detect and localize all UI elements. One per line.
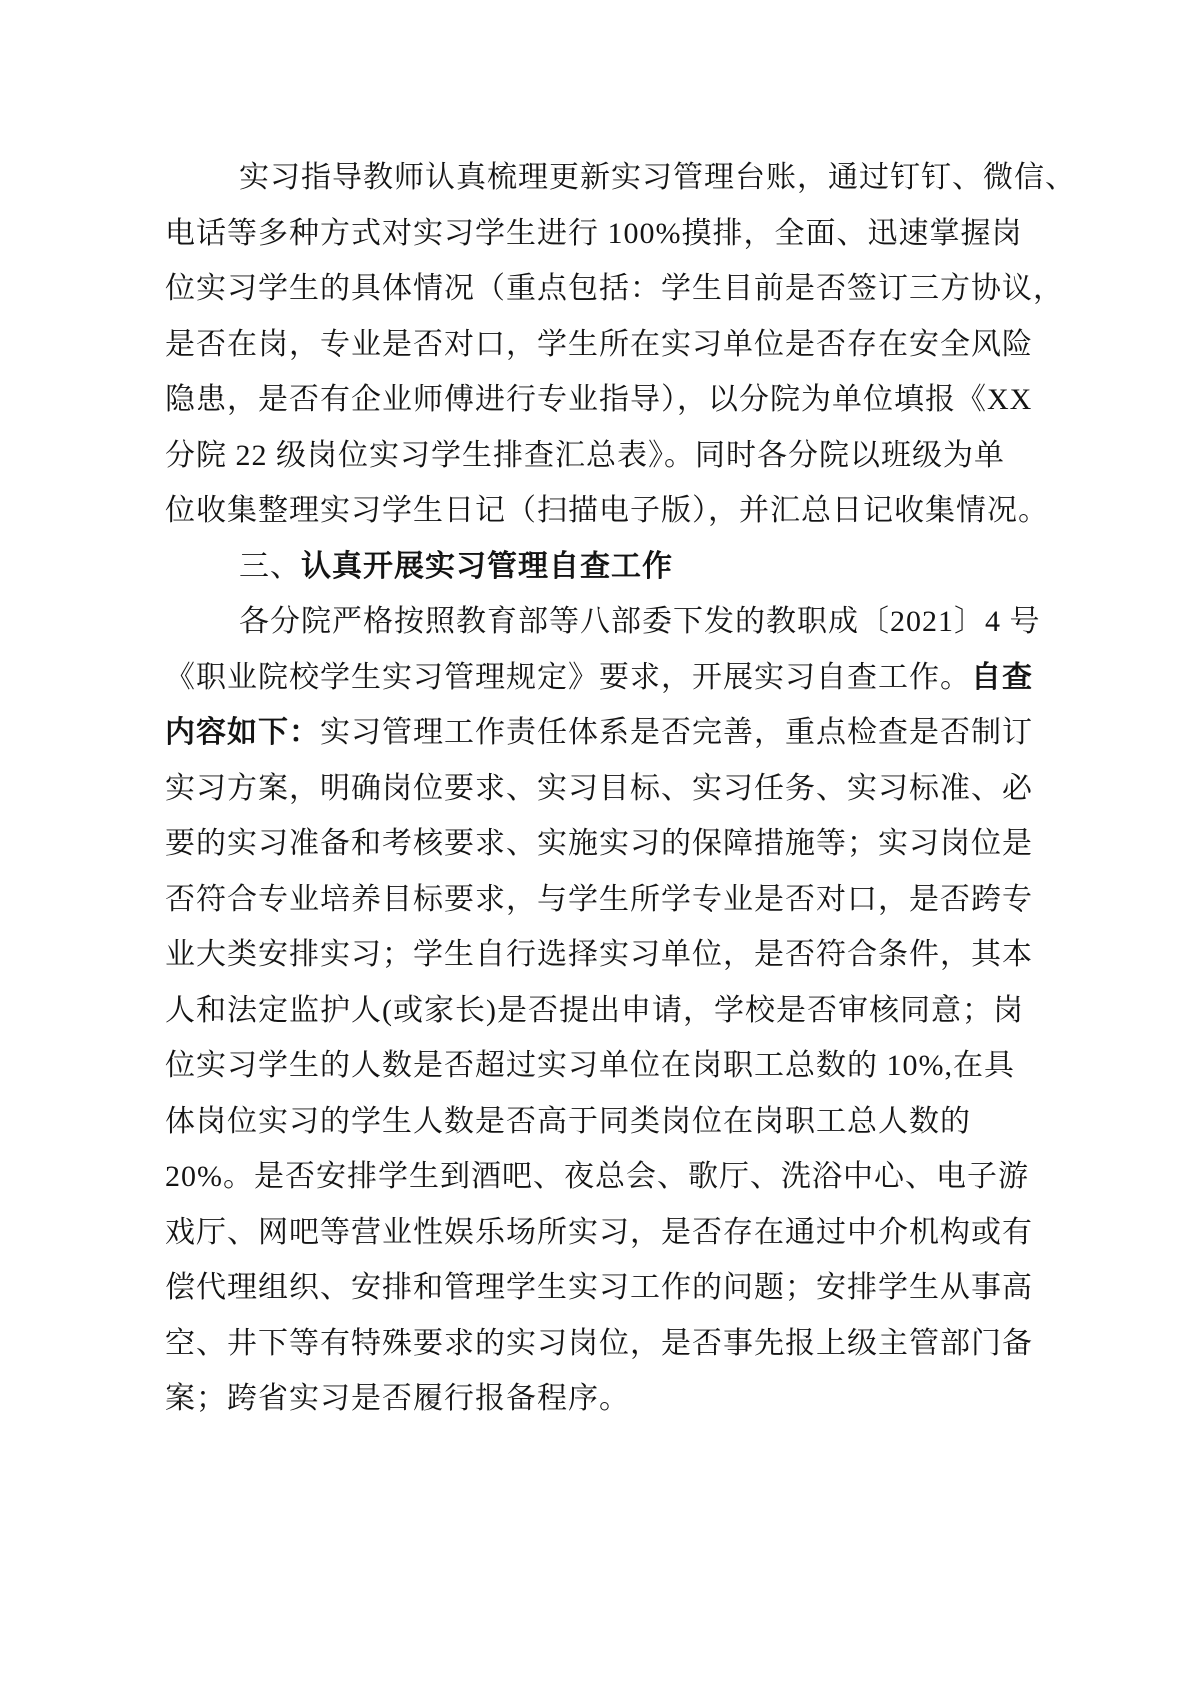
text-line: 《职业院校学生实习管理规定》要求，开展实习自查工作。自查 [165,650,1033,706]
text-run: 戏厅、网吧等营业性娱乐场所实习，是否存在通过中介机构或有 [165,1216,1033,1249]
text-run: 案；跨省实习是否履行报备程序。 [165,1382,630,1415]
text-run: 《职业院校学生实习管理规定》要求，开展实习自查工作。 [165,661,971,694]
bold-text-run: 内容如下： [165,716,320,749]
paragraph-2: 各分院严格按照教育部等八部委下发的教职成〔2021〕4 号《职业院校学生实习管理… [165,594,1033,1427]
text-line: 分院 22 级岗位实习学生排查汇总表》。同时各分院以班级为单 [165,428,1033,484]
text-run: 实习管理工作责任体系是否完善，重点检查是否制订 [320,716,1033,749]
text-line: 20%。是否安排学生到酒吧、夜总会、歌厅、洗浴中心、电子游 [165,1149,1033,1205]
text-line: 位实习学生的具体情况（重点包括：学生目前是否签订三方协议， [165,261,1033,317]
bold-text-run: 自查 [971,661,1033,694]
bold-text-run: 认真开展实习管理自查工作 [301,550,673,583]
text-line: 要的实习准备和考核要求、实施实习的保障措施等；实习岗位是 [165,816,1033,872]
text-line: 实习指导教师认真梳理更新实习管理台账，通过钉钉、微信、 [165,150,1033,206]
text-run: 20%。是否安排学生到酒吧、夜总会、歌厅、洗浴中心、电子游 [165,1160,1029,1193]
text-line: 戏厅、网吧等营业性娱乐场所实习，是否存在通过中介机构或有 [165,1205,1033,1261]
text-run: 是否在岗，专业是否对口，学生所在实习单位是否存在安全风险 [165,328,1033,361]
text-run: 三、 [239,550,301,583]
text-run: 否符合专业培养目标要求，与学生所学专业是否对口，是否跨专 [165,883,1033,916]
section-heading: 三、认真开展实习管理自查工作 [165,539,1033,595]
text-run: 分院 22 级岗位实习学生排查汇总表》。同时各分院以班级为单 [165,439,1005,472]
text-line: 实习方案，明确岗位要求、实习目标、实习任务、实习标准、必 [165,761,1033,817]
text-line: 各分院严格按照教育部等八部委下发的教职成〔2021〕4 号 [165,594,1033,650]
text-run: 空、井下等有特殊要求的实习岗位，是否事先报上级主管部门备 [165,1327,1033,1360]
text-run: 实习方案，明确岗位要求、实习目标、实习任务、实习标准、必 [165,772,1033,805]
text-run: 电话等多种方式对实习学生进行 100%摸排，全面、迅速掌握岗 [165,217,1023,250]
text-line: 位实习学生的人数是否超过实习单位在岗职工总数的 10%,在具 [165,1038,1033,1094]
text-run: 实习指导教师认真梳理更新实习管理台账，通过钉钉、微信、 [239,161,1076,194]
document-page: 实习指导教师认真梳理更新实习管理台账，通过钉钉、微信、电话等多种方式对实习学生进… [0,0,1191,1684]
text-line: 案；跨省实习是否履行报备程序。 [165,1371,1033,1427]
text-line: 空、井下等有特殊要求的实习岗位，是否事先报上级主管部门备 [165,1316,1033,1372]
text-line: 体岗位实习的学生人数是否高于同类岗位在岗职工总人数的 [165,1094,1033,1150]
text-line: 否符合专业培养目标要求，与学生所学专业是否对口，是否跨专 [165,872,1033,928]
text-run: 体岗位实习的学生人数是否高于同类岗位在岗职工总人数的 [165,1105,971,1138]
text-run: 位实习学生的具体情况（重点包括：学生目前是否签订三方协议， [165,272,1064,305]
text-line: 是否在岗，专业是否对口，学生所在实习单位是否存在安全风险 [165,317,1033,373]
text-run: 偿代理组织、安排和管理学生实习工作的问题；安排学生从事高 [165,1271,1033,1304]
text-line: 位收集整理实习学生日记（扫描电子版），并汇总日记收集情况。 [165,483,1033,539]
text-line: 隐患，是否有企业师傅进行专业指导），以分院为单位填报《XX [165,372,1033,428]
text-line: 电话等多种方式对实习学生进行 100%摸排，全面、迅速掌握岗 [165,206,1033,262]
text-run: 隐患，是否有企业师傅进行专业指导），以分院为单位填报《XX [165,383,1032,416]
text-line: 内容如下：实习管理工作责任体系是否完善，重点检查是否制订 [165,705,1033,761]
text-line: 三、认真开展实习管理自查工作 [165,539,1033,595]
text-run: 人和法定监护人(或家长)是否提出申请，学校是否审核同意；岗 [165,994,1024,1027]
text-run: 要的实习准备和考核要求、实施实习的保障措施等；实习岗位是 [165,827,1033,860]
text-line: 业大类安排实习；学生自行选择实习单位，是否符合条件，其本 [165,927,1033,983]
text-line: 偿代理组织、安排和管理学生实习工作的问题；安排学生从事高 [165,1260,1033,1316]
text-run: 位收集整理实习学生日记（扫描电子版），并汇总日记收集情况。 [165,494,1049,527]
paragraph-1: 实习指导教师认真梳理更新实习管理台账，通过钉钉、微信、电话等多种方式对实习学生进… [165,150,1033,539]
text-run: 业大类安排实习；学生自行选择实习单位，是否符合条件，其本 [165,938,1033,971]
text-run: 各分院严格按照教育部等八部委下发的教职成〔2021〕4 号 [239,605,1041,638]
text-line: 人和法定监护人(或家长)是否提出申请，学校是否审核同意；岗 [165,983,1033,1039]
text-run: 位实习学生的人数是否超过实习单位在岗职工总数的 10%,在具 [165,1049,1015,1082]
